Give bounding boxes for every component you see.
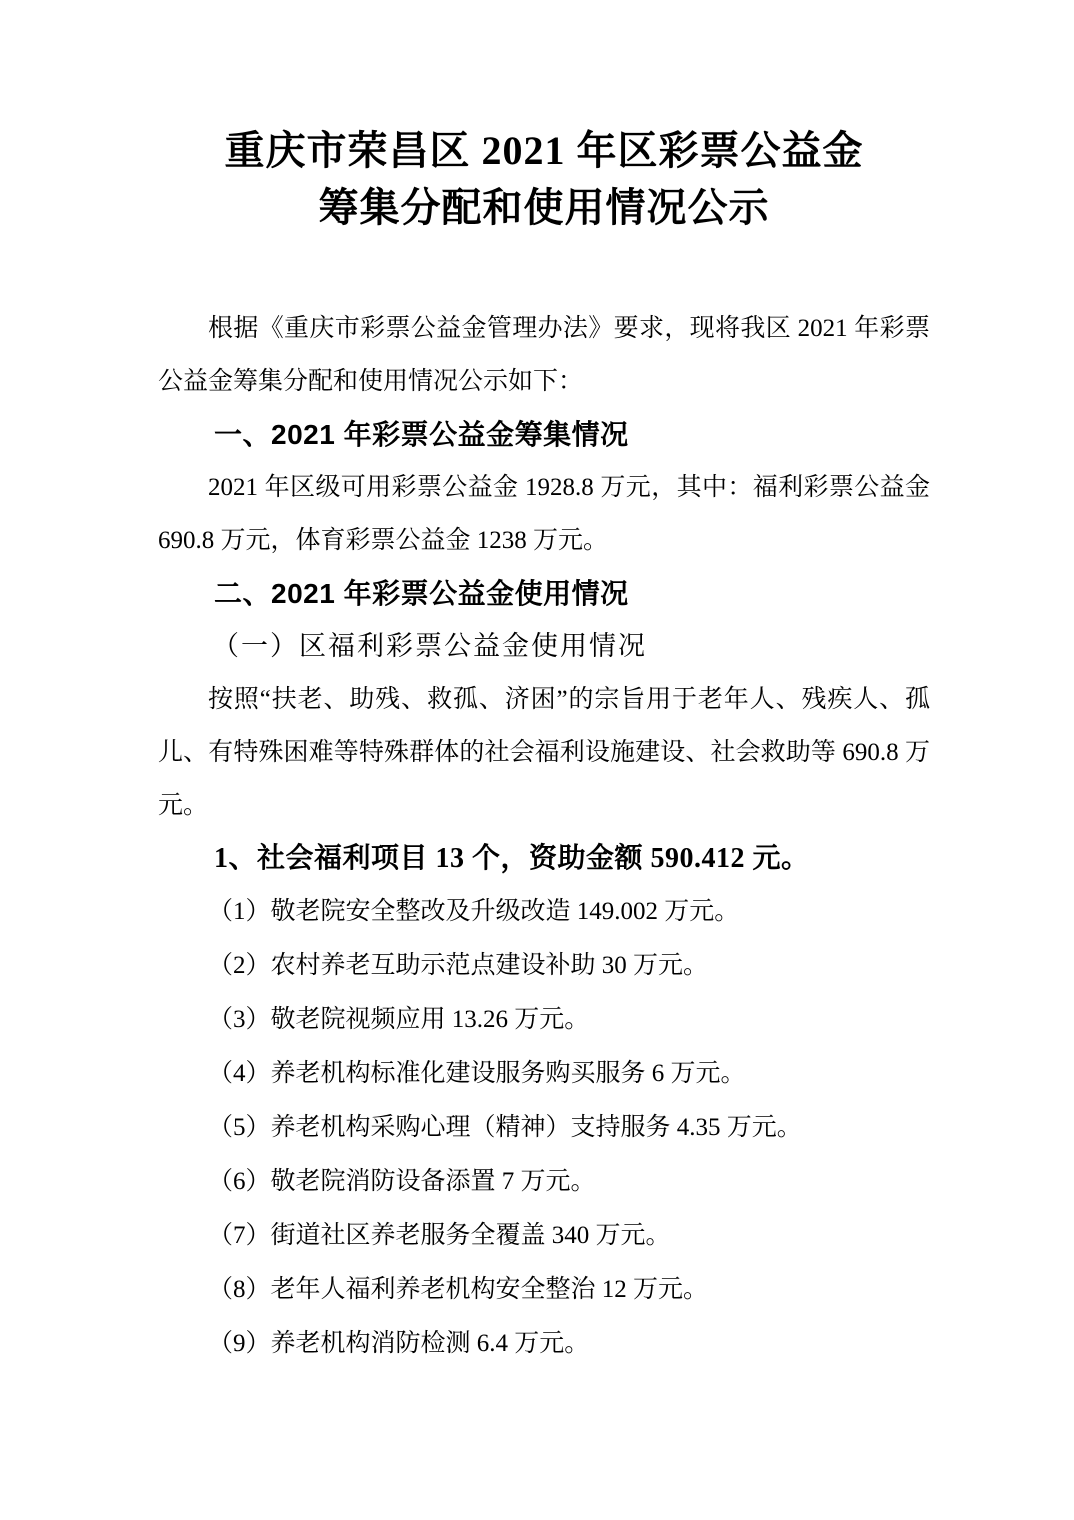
welfare-project-item-4: （4）养老机构标准化建设服务购买服务 6 万元。 — [158, 1047, 930, 1101]
welfare-project-item-5: （5）养老机构采购心理（精神）支持服务 4.35 万元。 — [158, 1101, 930, 1155]
welfare-project-item-2: （2）农村养老互助示范点建设补助 30 万元。 — [158, 939, 930, 993]
welfare-projects-heading: 1、社会福利项目 13 个，资助金额 590.412 元。 — [158, 832, 930, 885]
document-title: 重庆市荣昌区 2021 年区彩票公益金 筹集分配和使用情况公示 — [158, 122, 930, 236]
welfare-project-item-7: （7）街道社区养老服务全覆盖 340 万元。 — [158, 1209, 930, 1263]
welfare-project-item-6: （6）敬老院消防设备添置 7 万元。 — [158, 1155, 930, 1209]
document-title-line2: 筹集分配和使用情况公示 — [158, 179, 930, 236]
section1-body-paragraph: 2021 年区级可用彩票公益金 1928.8 万元，其中：福利彩票公益金 690… — [158, 461, 930, 567]
welfare-project-item-9: （9）养老机构消防检测 6.4 万元。 — [158, 1317, 930, 1371]
document-title-line1: 重庆市荣昌区 2021 年区彩票公益金 — [158, 122, 930, 179]
section1-heading: 一、2021 年彩票公益金筹集情况 — [158, 408, 930, 461]
section2-heading: 二、2021 年彩票公益金使用情况 — [158, 567, 930, 620]
document-page: 重庆市荣昌区 2021 年区彩票公益金 筹集分配和使用情况公示 根据《重庆市彩票… — [0, 0, 1074, 1520]
section2-sub1-body-paragraph: 按照“扶老、助残、救孤、济困”的宗旨用于老年人、残疾人、孤儿、有特殊困难等特殊群… — [158, 673, 930, 832]
intro-paragraph: 根据《重庆市彩票公益金管理办法》要求，现将我区 2021 年彩票公益金筹集分配和… — [158, 302, 930, 408]
section2-sub1-heading: （一）区福利彩票公益金使用情况 — [158, 620, 930, 673]
welfare-project-item-8: （8）老年人福利养老机构安全整治 12 万元。 — [158, 1263, 930, 1317]
welfare-project-item-1: （1）敬老院安全整改及升级改造 149.002 万元。 — [158, 885, 930, 939]
welfare-project-item-3: （3）敬老院视频应用 13.26 万元。 — [158, 993, 930, 1047]
